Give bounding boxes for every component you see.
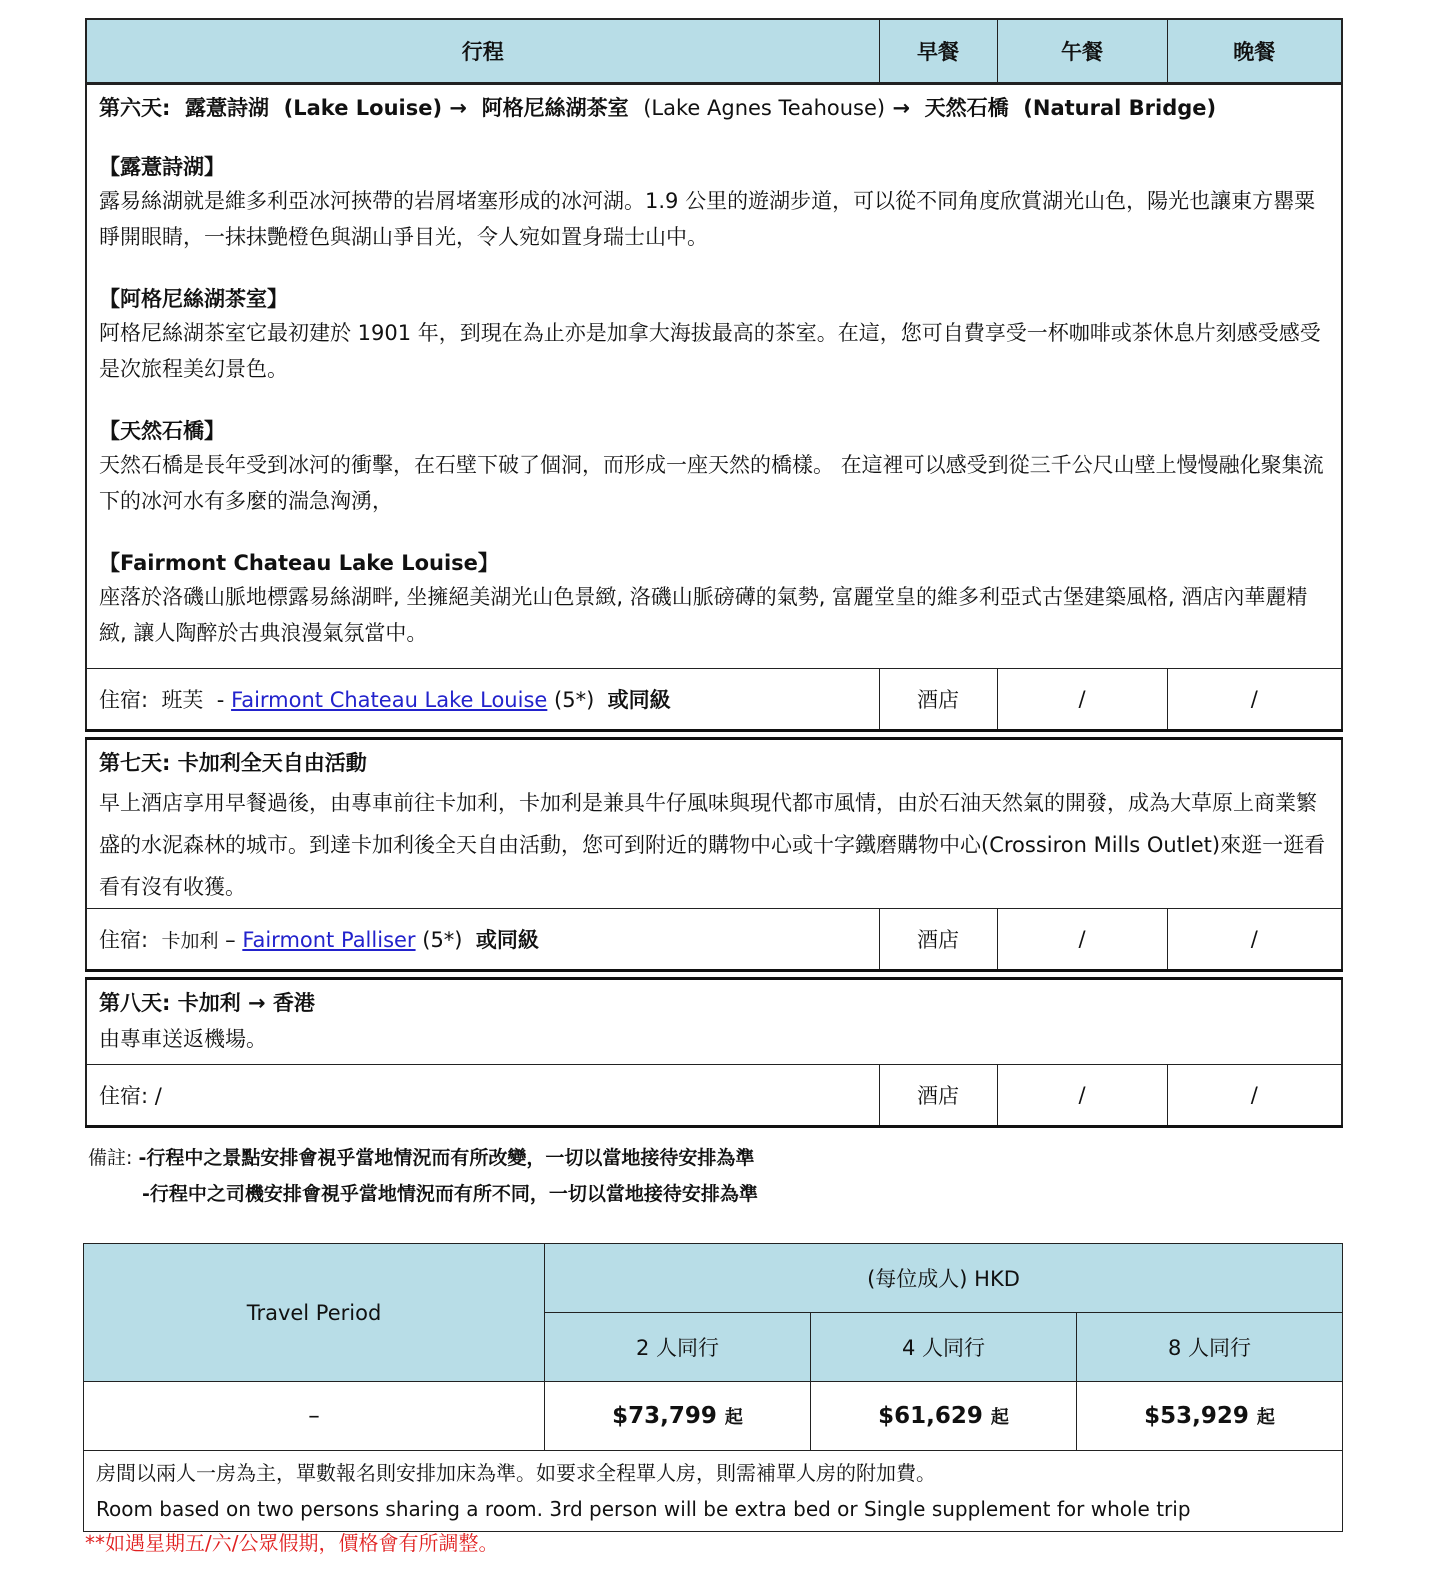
day8-stay: 住宿: / bbox=[86, 1064, 879, 1126]
day6-title: 第六天: 露薏詩湖 (Lake Louise) → 阿格尼絲湖茶室 (Lake … bbox=[99, 93, 1329, 123]
group-header-2: 2 人同行 bbox=[545, 1313, 811, 1382]
itinerary-table: 行程 早餐 午餐 晚餐 第六天: 露薏詩湖 (Lake Louise) → 阿格… bbox=[85, 18, 1343, 1130]
section-text: 露易絲湖就是維多利亞冰河挾帶的岩屑堵塞形成的冰河湖。1.9 公里的遊湖步道，可以… bbox=[99, 183, 1329, 255]
day7-breakfast: 酒店 bbox=[879, 908, 997, 970]
itinerary-header-row: 行程 早餐 午餐 晚餐 bbox=[86, 19, 1342, 83]
room-note-row: 房間以兩人一房為主，單數報名則安排加床為準。如要求全程單人房，則需補單人房的附加… bbox=[84, 1451, 1343, 1532]
group-header-4: 4 人同行 bbox=[811, 1313, 1077, 1382]
day7-content: 第七天: 卡加利全天自由活動 早上酒店享用早餐過後，由專車前往卡加利，卡加利是兼… bbox=[86, 738, 1342, 908]
hotel-link-fairmont-chateau-lake-louise[interactable]: Fairmont Chateau Lake Louise bbox=[231, 688, 547, 712]
day8-dinner: / bbox=[1167, 1064, 1342, 1126]
price-warning: **如遇星期五/六/公眾假期，價格會有所調整。 bbox=[85, 1527, 498, 1556]
header-dinner: 晚餐 bbox=[1167, 19, 1342, 83]
day6-breakfast: 酒店 bbox=[879, 668, 997, 730]
section-text: 阿格尼絲湖茶室它最初建於 1901 年，到現在為止亦是加拿大海拔最高的茶室。在這… bbox=[99, 315, 1329, 387]
day6-stay-row: 住宿: 班芙 - Fairmont Chateau Lake Louise (5… bbox=[86, 668, 1342, 730]
travel-period-value: – bbox=[84, 1382, 545, 1451]
day7-dinner: / bbox=[1167, 908, 1342, 970]
price-4-persons: $61,629 起 bbox=[811, 1382, 1077, 1451]
day7-text: 早上酒店享用早餐過後，由專車前往卡加利，卡加利是兼具牛仔風味與現代都市風情，由於… bbox=[99, 782, 1329, 908]
section-title: 【阿格尼絲湖茶室】 bbox=[99, 283, 1329, 315]
day6-stay: 住宿: 班芙 - Fairmont Chateau Lake Louise (5… bbox=[86, 668, 879, 730]
section-title: 【Fairmont Chateau Lake Louise】 bbox=[99, 547, 1329, 579]
price-row: – $73,799 起 $61,629 起 $53,929 起 bbox=[84, 1382, 1343, 1451]
divider bbox=[86, 970, 1342, 978]
price-table: Travel Period (每位成人) HKD 2 人同行 4 人同行 8 人… bbox=[83, 1243, 1343, 1532]
remarks: 備註: -行程中之景點安排會視乎當地情況而有所改變，一切以當地接待安排為準 -行… bbox=[88, 1140, 758, 1212]
travel-period-header: Travel Period bbox=[84, 1244, 545, 1382]
day8-content-row: 第八天: 卡加利 → 香港 由專車送返機場。 bbox=[86, 978, 1342, 1064]
day8-title: 第八天: 卡加利 → 香港 bbox=[99, 988, 1329, 1018]
remark-line-1: 備註: -行程中之景點安排會視乎當地情況而有所改變，一切以當地接待安排為準 bbox=[88, 1140, 758, 1176]
arrow-right-icon: → bbox=[892, 96, 910, 120]
day7-title: 第七天: 卡加利全天自由活動 bbox=[99, 748, 1329, 778]
day8-content: 第八天: 卡加利 → 香港 由專車送返機場。 bbox=[86, 978, 1342, 1064]
price-2-persons: $73,799 起 bbox=[545, 1382, 811, 1451]
day8-stay-row: 住宿: / 酒店 / / bbox=[86, 1064, 1342, 1126]
remark-line-2: -行程中之司機安排會視乎當地情況而有所不同，一切以當地接待安排為準 bbox=[88, 1176, 758, 1212]
header-itinerary: 行程 bbox=[86, 19, 879, 83]
day7-stay: 住宿: 卡加利 – Fairmont Palliser (5*) 或同級 bbox=[86, 908, 879, 970]
price-header-row: Travel Period (每位成人) HKD bbox=[84, 1244, 1343, 1313]
day7-lunch: / bbox=[997, 908, 1167, 970]
day6-content: 第六天: 露薏詩湖 (Lake Louise) → 阿格尼絲湖茶室 (Lake … bbox=[86, 83, 1342, 668]
price-8-persons: $53,929 起 bbox=[1077, 1382, 1343, 1451]
section-text: 天然石橋是長年受到冰河的衝擊，在石壁下破了個洞，而形成一座天然的橋樣。 在這裡可… bbox=[99, 447, 1329, 519]
divider bbox=[86, 730, 1342, 738]
room-note: 房間以兩人一房為主，單數報名則安排加床為準。如要求全程單人房，則需補單人房的附加… bbox=[84, 1451, 1343, 1532]
day6-content-row: 第六天: 露薏詩湖 (Lake Louise) → 阿格尼絲湖茶室 (Lake … bbox=[86, 83, 1342, 668]
day8-text: 由專車送返機場。 bbox=[99, 1018, 1329, 1060]
divider bbox=[86, 1126, 1342, 1130]
day8-breakfast: 酒店 bbox=[879, 1064, 997, 1126]
hotel-link-fairmont-palliser[interactable]: Fairmont Palliser bbox=[242, 928, 415, 952]
room-note-zh: 房間以兩人一房為主，單數報名則安排加床為準。如要求全程單人房，則需補單人房的附加… bbox=[96, 1455, 1330, 1491]
day6-dinner: / bbox=[1167, 668, 1342, 730]
day8-lunch: / bbox=[997, 1064, 1167, 1126]
section-text: 座落於洛磯山脈地標露易絲湖畔, 坐擁絕美湖光山色景緻, 洛磯山脈磅礡的氣勢, 富… bbox=[99, 579, 1329, 651]
day7-content-row: 第七天: 卡加利全天自由活動 早上酒店享用早餐過後，由專車前往卡加利，卡加利是兼… bbox=[86, 738, 1342, 908]
section-title: 【露薏詩湖】 bbox=[99, 151, 1329, 183]
day6-lunch: / bbox=[997, 668, 1167, 730]
header-lunch: 午餐 bbox=[997, 19, 1167, 83]
section-title: 【天然石橋】 bbox=[99, 415, 1329, 447]
arrow-right-icon: → bbox=[449, 96, 467, 120]
group-header-8: 8 人同行 bbox=[1077, 1313, 1343, 1382]
header-breakfast: 早餐 bbox=[879, 19, 997, 83]
day7-stay-row: 住宿: 卡加利 – Fairmont Palliser (5*) 或同級 酒店 … bbox=[86, 908, 1342, 970]
room-note-en: Room based on two persons sharing a room… bbox=[96, 1491, 1330, 1527]
currency-header: (每位成人) HKD bbox=[545, 1244, 1343, 1313]
